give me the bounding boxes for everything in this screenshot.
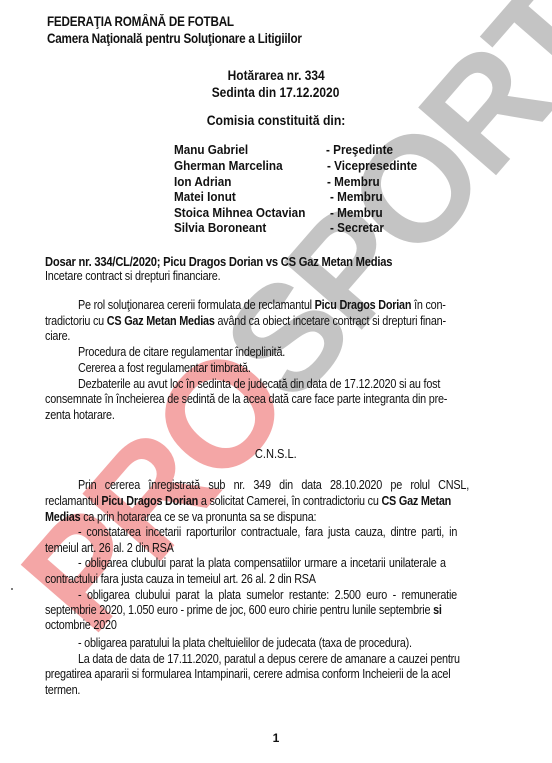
member-name: Matei Ionut [174,189,236,204]
request-line-3: Medias ca prin hotararea ce se va pronun… [45,510,316,525]
member-role: - Preşedinte [326,142,393,157]
debates-line-3: zenta hotarare. [45,408,115,423]
debates-line-1: Dezbaterile au avut loc în sedinta de ju… [78,377,440,392]
postponement-line-2: pregatirea apararii si formularea Intamp… [45,667,450,682]
intro-text: tradictoriu cu [45,314,107,328]
member-name: Ion Adrian [174,174,231,189]
member-name: Silvia Boroneant [174,220,266,235]
respondent-name: CS Gaz Metan Medias [107,314,215,328]
claim-4-line-1: - obligarea paratului la plata cheltuiel… [78,636,412,651]
cnsl-heading-text: C.N.S.L. [255,447,297,461]
page-number: 1 [0,731,552,745]
intro-line-2: tradictoriu cu CS Gaz Metan Medias având… [45,314,446,329]
member-role: - Membru [330,189,383,204]
session-date: Sedinta din 17.12.2020 [0,85,552,100]
member-name: Gherman Marcelina [174,158,283,173]
case-subject: Incetare contract si drepturi financiare… [45,269,220,284]
request-line-1: Prin cererea înregistrată sub nr. 349 di… [78,478,469,493]
member-role: - Membru [330,205,383,220]
respondent-name: Medias [45,510,80,524]
intro-line-1: Pe rol soluţionarea cererii formulata de… [78,298,446,313]
member-name: Manu Gabriel [174,142,248,157]
claim-3-line-2: septembrie 2020, 1.050 euro - prime de j… [45,603,442,618]
stamp-line: Cererea a fost regulamentar timbrată. [78,361,251,376]
claim-3-line-1: - obligarea clubului parat la plata sume… [78,588,457,603]
intro-text: Pe rol soluţionarea cererii formulata de… [78,298,315,312]
claim-text-bold: si [433,603,442,617]
request-text: reclamantul [45,494,101,508]
request-text: a solicitat Camerei, în contradictoriu c… [198,494,381,508]
cnsl-heading: C.N.S.L. [0,447,552,461]
commission-title-text: Comisia constituită din: [207,113,346,128]
organization-name: FEDERAŢIA ROMÂNĂ DE FOTBAL [47,14,234,29]
scan-speck [11,588,13,590]
request-text: ca prin hotararea ce se va pronunta sa s… [80,510,316,524]
member-role: - Vicepresedinte [327,158,417,173]
claim-2-line-2: contractului fara justa cauza in temeiul… [45,572,316,587]
commission-title: Comisia constituită din: [0,113,552,128]
claim-2-line-1: - obligarea clubului parat la plata comp… [78,556,446,571]
postponement-line-1: La data de data de 17.11.2020, paratul a… [78,652,460,667]
intro-line-3: ciare. [45,329,70,344]
claimant-name: Picu Dragos Dorian [315,298,412,312]
claim-text: septembrie 2020, 1.050 euro - prime de j… [45,603,433,617]
procedure-line: Procedura de citare regulamentar îndepli… [78,345,285,360]
member-role: - Membru [327,174,380,189]
decision-number: Hotărarea nr. 334 [0,68,552,83]
member-role: - Secretar [330,220,384,235]
respondent-name: CS Gaz Metan [381,494,451,508]
claimant-name: Picu Dragos Dorian [101,494,198,508]
claim-1-line-2: temeiul art. 26 al. 2 din RSA [45,541,174,556]
case-file-line: Dosar nr. 334/CL/2020; Picu Dragos Doria… [45,254,392,269]
department-name: Camera Naţională pentru Soluţionare a Li… [47,31,302,46]
intro-text: având ca obiect incetare contract si dre… [215,314,446,328]
intro-text: în con- [411,298,445,312]
document-page: PROSPORT FEDERAŢIA ROMÂNĂ DE FOTBAL Came… [0,0,552,763]
postponement-line-3: termen. [45,683,80,698]
session-date-text: Sedinta din 17.12.2020 [212,85,340,100]
claim-3-line-3: octombrie 2020 [45,618,117,633]
debates-line-2: consemnate în încheierea de sedintă de l… [45,392,447,407]
claim-1-line-1: - constatarea incetarii raporturilor con… [78,525,457,540]
request-line-2: reclamantul Picu Dragos Dorian a solicit… [45,494,451,509]
decision-number-text: Hotărarea nr. 334 [227,68,324,83]
document-content: FEDERAŢIA ROMÂNĂ DE FOTBAL Camera Naţion… [0,0,552,763]
member-name: Stoica Mihnea Octavian [174,205,305,220]
